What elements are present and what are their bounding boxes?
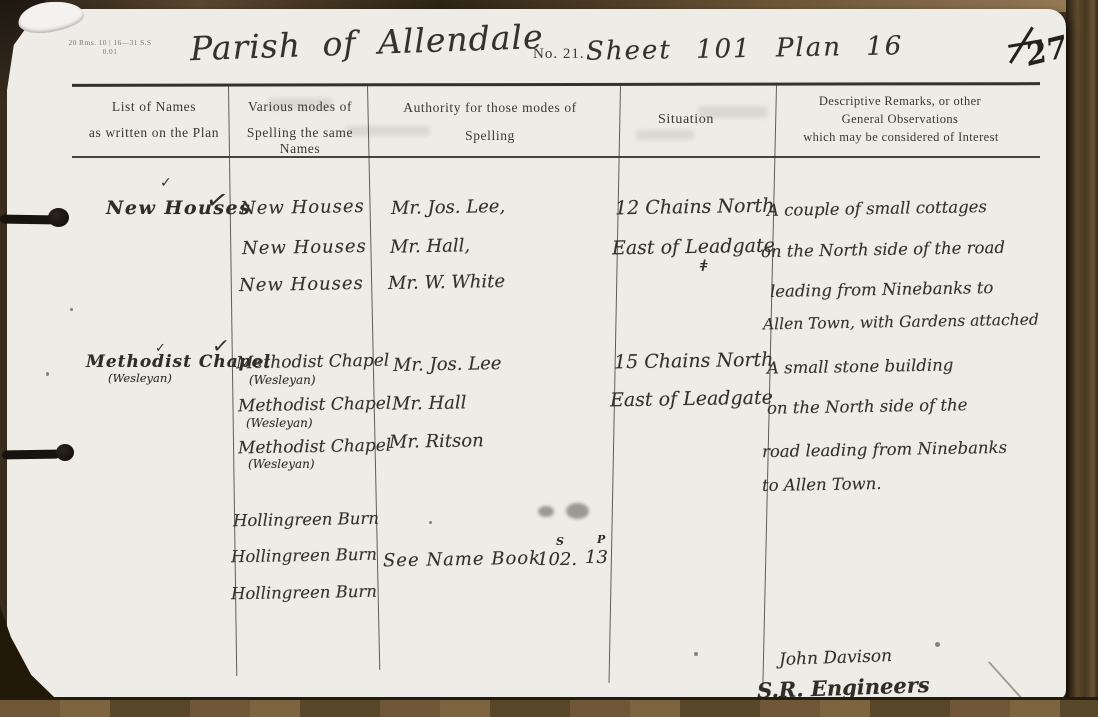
entry1-authority-1: Mr. Jos. Lee, — [391, 196, 506, 219]
entry2-remarks-line4: to Allen Town. — [762, 474, 882, 495]
entry1-spelling-3: New Houses — [239, 273, 364, 296]
binding-hole-bottom — [56, 444, 74, 461]
entry2-spelling-3-sub: (Wesleyan) — [248, 457, 315, 471]
entry2-spelling-1-sub: (Wesleyan) — [249, 373, 316, 387]
entry3-spelling-2: Hollingreen Burn — [231, 545, 377, 567]
entry1-checkmark-above: ✓ — [160, 175, 172, 191]
col-header-spelling-line1: Various modes of — [232, 99, 368, 115]
entry2-situation-line1: 15 Chains North — [614, 349, 774, 374]
printers-code-line1: 20 Rms. 10 | 16—31 S.S — [58, 38, 162, 47]
table-header-rule — [72, 156, 1040, 158]
entry1-spelling-2: New Houses — [242, 236, 367, 259]
entry3-note-book: 102. — [537, 549, 577, 570]
entry3-spelling-3: Hollingreen Burn — [231, 582, 377, 604]
col-header-remarks-line1: Descriptive Remarks, or other — [780, 94, 1020, 109]
entry2-authority-1: Mr. Jos. Lee — [393, 353, 502, 376]
signature-name: John Davison — [779, 646, 893, 670]
col-header-names-line1: List of Names — [86, 99, 222, 115]
entry3-note-book-superscript: S — [556, 535, 564, 548]
paper-speck — [46, 372, 49, 376]
entry1-authority-2: Mr. Hall, — [390, 235, 471, 257]
binding-thread-bottom — [2, 449, 60, 459]
entry1-authority-3: Mr. W. White — [388, 271, 505, 294]
entry2-spelling-2-sub: (Wesleyan) — [246, 416, 313, 430]
col-header-authority-line1: Authority for those modes of — [380, 100, 600, 116]
col-header-spelling-line2: Spelling the same Names — [228, 125, 372, 157]
ink-smudge — [538, 506, 554, 517]
book-edge-right — [1066, 0, 1098, 717]
entry2-spelling-2: Methodist Chapel — [238, 394, 392, 417]
entry2-authority-3: Mr. Ritson — [389, 430, 484, 453]
col-header-remarks-line3: which may be considered of Interest — [772, 130, 1030, 145]
printers-code: 20 Rms. 10 | 16—31 S.S 0.01 — [58, 38, 162, 56]
ink-bleedthrough — [636, 130, 694, 140]
paper-speck — [694, 652, 698, 656]
printers-code-line2: 0.01 — [58, 47, 162, 56]
entry2-remarks-line1: A small stone building — [767, 355, 954, 377]
entry3-note-page-superscript: P — [597, 533, 605, 546]
entry3-spelling-1: Hollingreen Burn — [233, 509, 379, 531]
record-number-label: No. 21. — [533, 46, 585, 63]
col-header-situation: Situation — [616, 112, 756, 128]
col-header-authority-line2: Spelling — [380, 128, 600, 144]
entry2-spelling-3: Methodist Chapel — [238, 436, 392, 459]
entry1-remarks-line3: leading from Ninebanks to — [770, 278, 994, 301]
entry2-remarks-line2: on the North side of the — [767, 395, 968, 417]
entry1-spelling-1: New Houses — [240, 196, 365, 219]
entry1-name: New Houses — [106, 197, 251, 219]
ink-smudge — [566, 503, 589, 519]
entry2-authority-2: Mr. Hall — [392, 392, 467, 414]
paper-speck — [935, 642, 940, 647]
book-edge-bottom — [0, 697, 1098, 717]
insertion-mark: ǂ — [700, 256, 707, 275]
binding-hole-top — [48, 208, 69, 227]
paper-speck — [429, 521, 432, 524]
paper-speck — [70, 308, 73, 311]
entry3-note-page: 13 — [585, 547, 608, 568]
entry2-spelling-1: Methodist Chapel — [236, 351, 390, 374]
entry2-name-sub: (Wesleyan) — [108, 371, 172, 385]
sheet-plan-label: Sheet 101 Plan 16 — [586, 31, 904, 67]
col-header-remarks-line2: General Observations — [780, 112, 1020, 127]
entry2-situation-line2: East of Leadgate — [610, 387, 773, 412]
col-header-names-line2: as written on the Plan — [76, 125, 232, 141]
entry3-note-prefix: See Name Book — [383, 548, 541, 572]
scanned-document-page: 20 Rms. 10 | 16—31 S.S 0.01 Parish of Al… — [0, 0, 1098, 717]
entry1-situation-line2: East of Leadgate — [612, 235, 775, 260]
entry1-remarks-line1: A couple of small cottages — [767, 197, 987, 220]
entry1-situation-line1: 12 Chains North — [615, 195, 775, 220]
